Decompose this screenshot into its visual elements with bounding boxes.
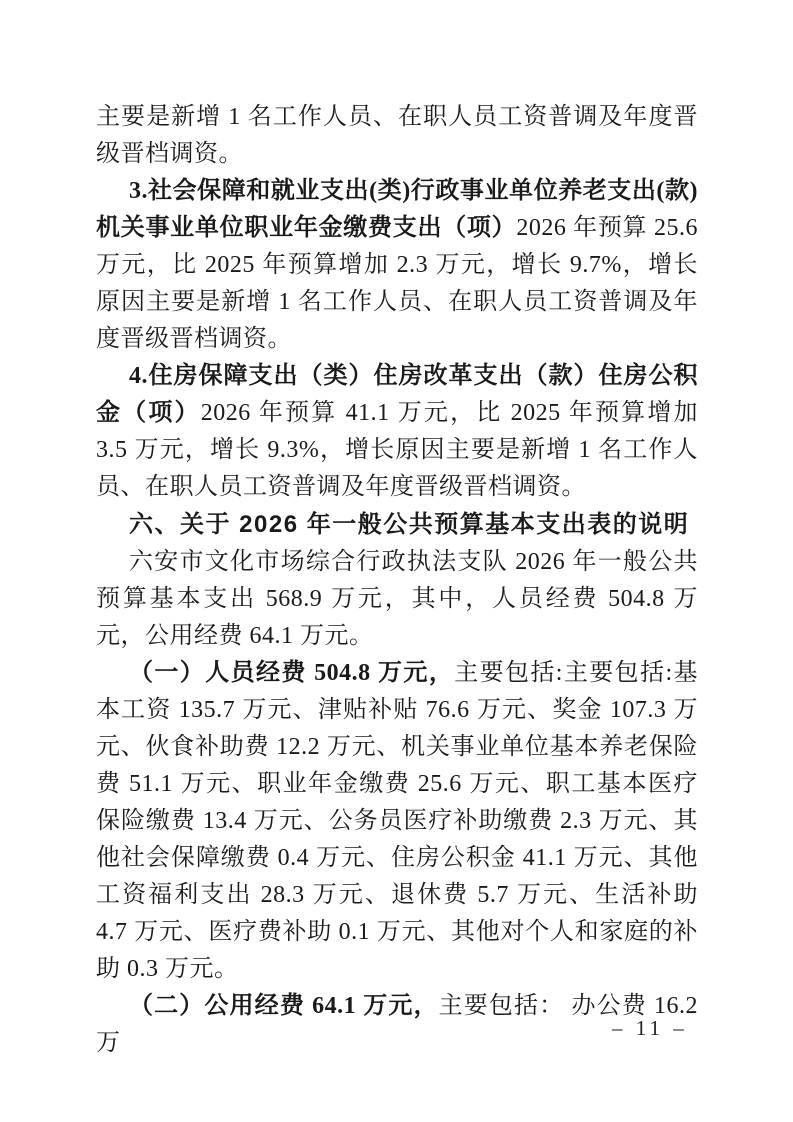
text-segment: 六安市文化市场综合行政执法支队 2026 年一般公共预算基本支出 568.9 万… [96,549,698,649]
document-body: 主要是新增 1 名工作人员、在职人员工资普调及年度晋级晋档调资。3.社会保障和就… [96,99,698,1062]
text-segment: 主要包括:主要包括:基本工资 135.7 万元、津贴补贴 76.6 万元、奖金 … [96,660,698,982]
paragraph: （一）人员经费 504.8 万元，主要包括:主要包括:基本工资 135.7 万元… [96,655,698,988]
document-page: 主要是新增 1 名工作人员、在职人员工资普调及年度晋级晋档调资。3.社会保障和就… [0,0,793,1122]
paragraph: 六安市文化市场综合行政执法支队 2026 年一般公共预算基本支出 568.9 万… [96,544,698,655]
text-segment: 主要是新增 1 名工作人员、在职人员工资普调及年度晋级晋档调资。 [96,104,698,167]
text-segment: 六、关于 2026 年一般公共预算基本支出表的说明 [129,511,689,538]
paragraph: 3.社会保障和就业支出(类)行政事业单位养老支出(款)机关事业单位职业年金缴费支… [96,173,698,358]
page-footer: – 11 – [0,1016,793,1046]
page-number: – 11 – [612,1016,688,1041]
paragraph: 主要是新增 1 名工作人员、在职人员工资普调及年度晋级晋档调资。 [96,99,698,173]
section-heading: 六、关于 2026 年一般公共预算基本支出表的说明 [96,506,698,544]
text-segment: （一）人员经费 504.8 万元， [129,660,454,686]
paragraph: 4.住房保障支出（类）住房改革支出（款）住房公积金（项）2026 年预算 41.… [96,358,698,506]
